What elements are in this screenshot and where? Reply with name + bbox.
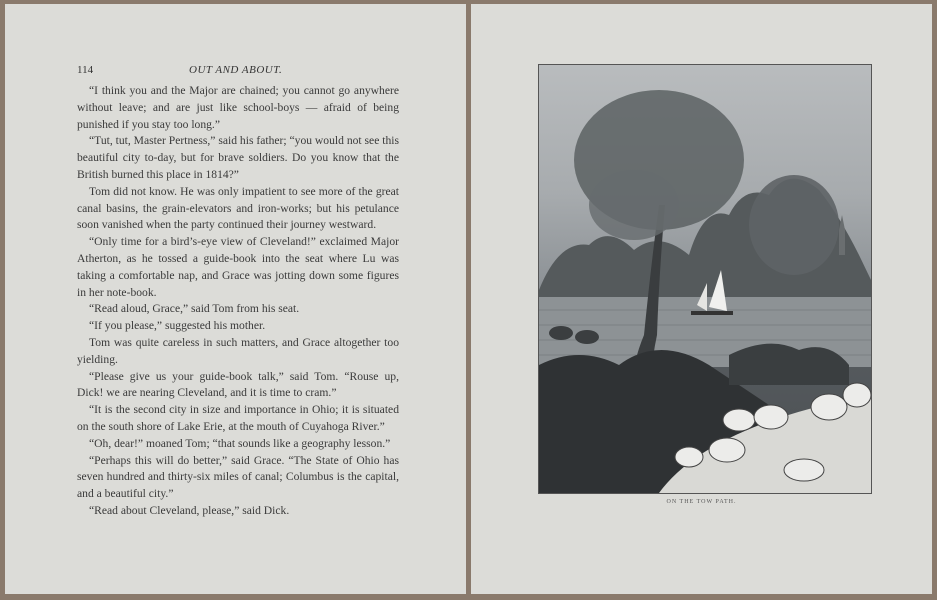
paragraph: “Please give us your guide-book talk,” s… bbox=[77, 369, 399, 403]
paragraph: “Perhaps this will do better,” said Grac… bbox=[77, 453, 399, 503]
paragraph: “Only time for a bird’s-eye view of Clev… bbox=[77, 234, 399, 301]
paragraph: Tom did not know. He was only impatient … bbox=[77, 184, 399, 234]
illustration-caption: ON THE TOW PATH. bbox=[471, 499, 932, 505]
paragraph: “I think you and the Major are chained; … bbox=[77, 83, 399, 133]
paragraph: “It is the second city in size and impor… bbox=[77, 402, 399, 436]
paragraph: “Read aloud, Grace,” said Tom from his s… bbox=[77, 301, 399, 318]
engraving-illustration bbox=[538, 64, 872, 494]
paragraph: Tom was quite careless in such matters, … bbox=[77, 335, 399, 369]
paragraph: “Oh, dear!” moaned Tom; “that sounds lik… bbox=[77, 436, 399, 453]
right-page: ON THE TOW PATH. bbox=[471, 4, 932, 594]
body-text: “I think you and the Major are chained; … bbox=[77, 83, 399, 520]
running-head-title: OUT AND ABOUT. bbox=[189, 64, 282, 76]
left-page: 114 OUT AND ABOUT. “I think you and the … bbox=[5, 4, 466, 594]
paragraph: “Tut, tut, Master Pertness,” said his fa… bbox=[77, 133, 399, 183]
landscape-illustration-icon bbox=[539, 65, 871, 493]
paragraph: “Read about Cleveland, please,” said Dic… bbox=[77, 503, 399, 520]
page-number: 114 bbox=[77, 64, 93, 76]
paragraph: “If you please,” suggested his mother. bbox=[77, 318, 399, 335]
